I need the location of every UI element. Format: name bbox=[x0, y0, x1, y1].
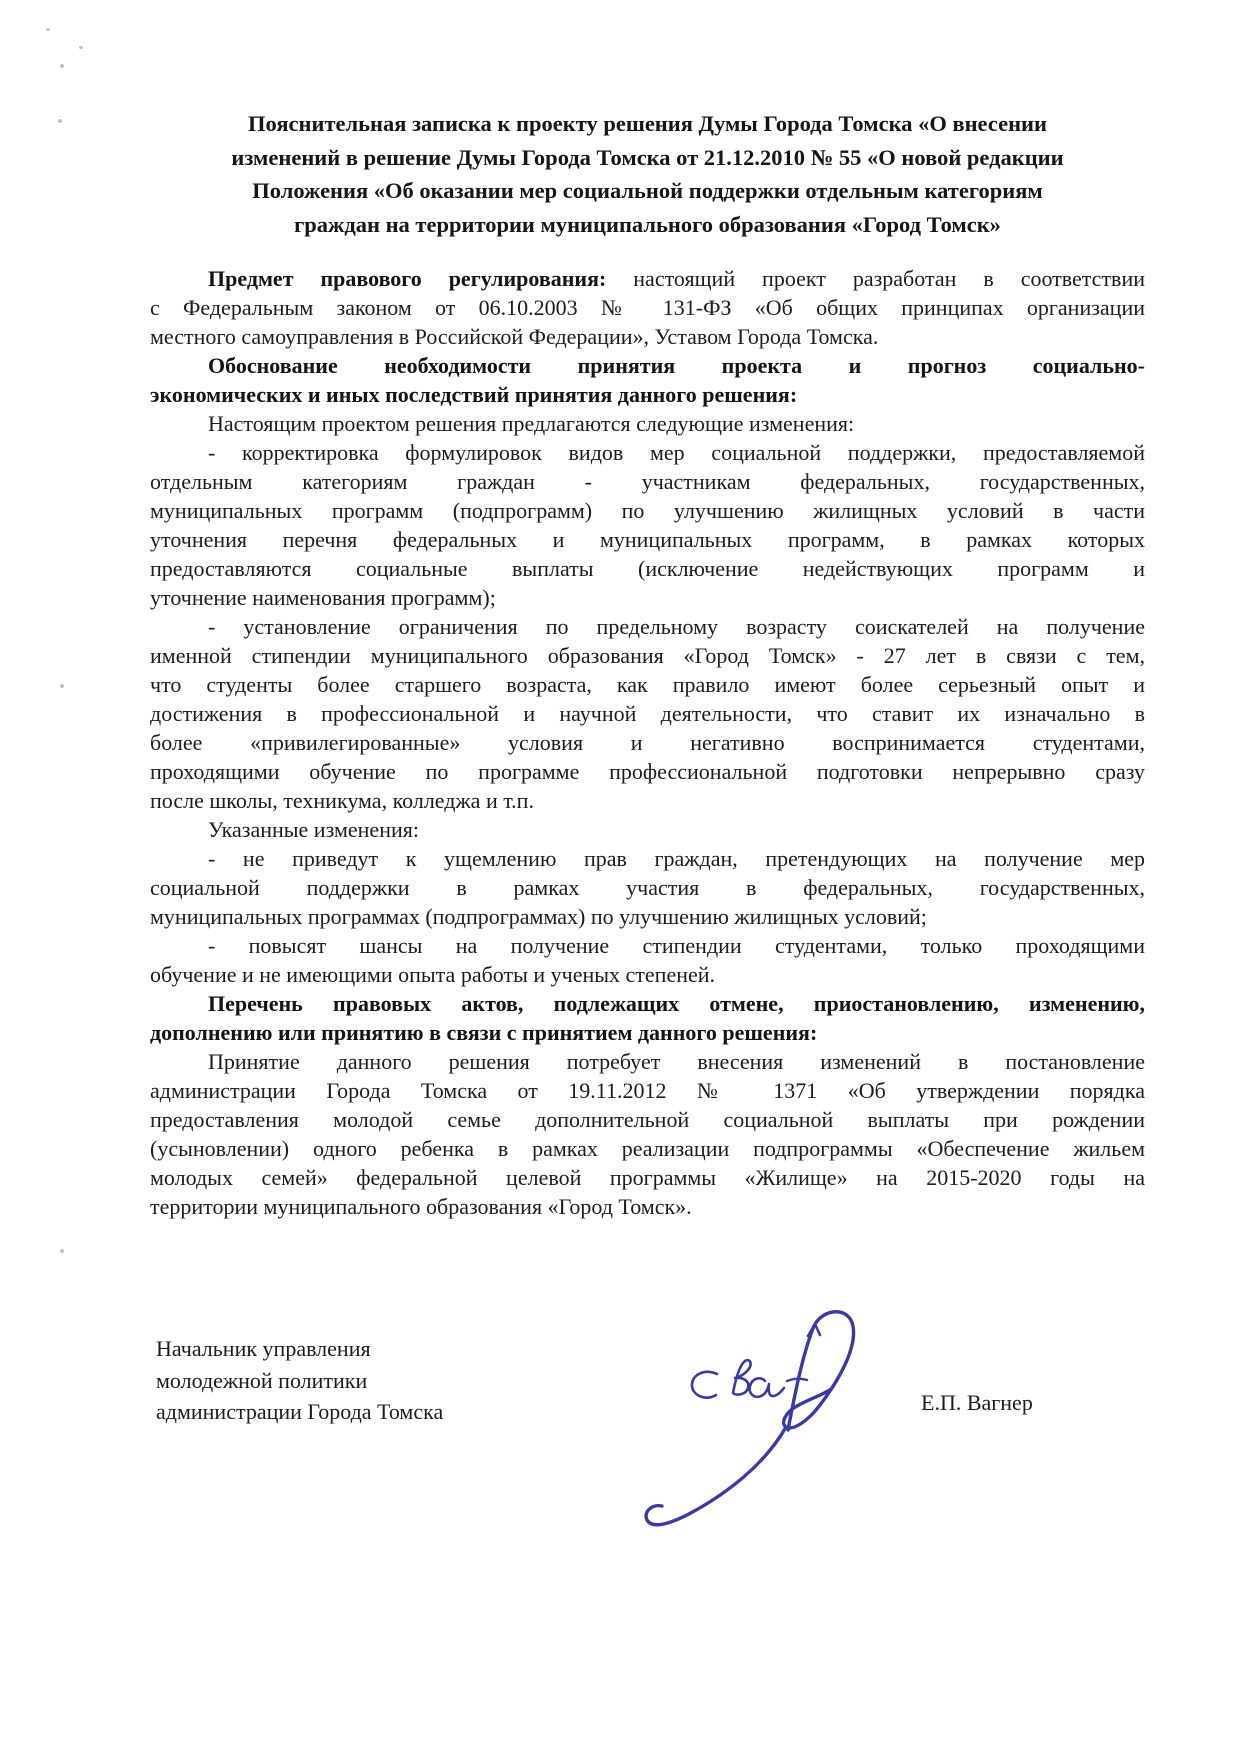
paragraph-line: Указанные изменения: bbox=[150, 815, 1145, 844]
text-run: Настоящим проектом решения предлагаются … bbox=[208, 411, 854, 436]
text-run: обучение и не имеющими опыта работы и уч… bbox=[150, 962, 715, 987]
paragraph-line: - повысят шансы на получение стипендии с… bbox=[150, 931, 1145, 960]
signoff-line: администрации Города Томска bbox=[156, 1396, 443, 1428]
text-run: именной стипендии муниципального образов… bbox=[150, 643, 1145, 668]
paragraph-line: достижения в профессиональной и научной … bbox=[150, 699, 1145, 728]
scan-speck bbox=[60, 1249, 64, 1253]
paragraph-line: Обоснование необходимости принятия проек… bbox=[150, 351, 1145, 380]
text-run: достижения в профессиональной и научной … bbox=[150, 701, 1145, 726]
text-run: территории муниципального образования «Г… bbox=[150, 1194, 692, 1219]
text-run: - установление ограничения по предельном… bbox=[208, 614, 1145, 639]
paragraph-line: Настоящим проектом решения предлагаются … bbox=[150, 409, 1145, 438]
text-run: уточнение наименования программ); bbox=[150, 585, 496, 610]
paragraph-line: экономических и иных последствий приняти… bbox=[150, 380, 1145, 409]
paragraph-line: социальной поддержки в рамках участия в … bbox=[150, 873, 1145, 902]
signer-name: Е.П. Вагнер bbox=[921, 1390, 1033, 1416]
paragraph-line: с Федеральным законом от 06.10.2003 № 13… bbox=[150, 293, 1145, 322]
paragraph-line: что студенты более старшего возраста, ка… bbox=[150, 670, 1145, 699]
signoff-line: Начальник управления bbox=[156, 1333, 443, 1365]
text-run: с Федеральным законом от 06.10.2003 № 13… bbox=[150, 295, 1145, 320]
paragraph-line: - корректировка формулировок видов мер с… bbox=[150, 438, 1145, 467]
title-line: Пояснительная записка к проекту решения … bbox=[150, 107, 1145, 141]
scan-speck bbox=[60, 64, 64, 68]
scan-speck bbox=[58, 119, 62, 123]
title-line: граждан на территории муниципального обр… bbox=[150, 208, 1145, 242]
text-run: проходящими обучение по программе профес… bbox=[150, 759, 1145, 784]
paragraph-line: местного самоуправления в Российской Фед… bbox=[150, 322, 1145, 351]
text-run: (усыновлении) одного ребенка в рамках ре… bbox=[150, 1136, 1145, 1161]
text-run: - корректировка формулировок видов мер с… bbox=[208, 440, 1145, 465]
paragraph-line: Перечень правовых актов, подлежащих отме… bbox=[150, 989, 1145, 1018]
paragraph-line: - не приведут к ущемлению прав граждан, … bbox=[150, 844, 1145, 873]
text-run: муниципальных программ (подпрограмм) по … bbox=[150, 498, 1145, 523]
document-title: Пояснительная записка к проекту решения … bbox=[150, 107, 1145, 241]
paragraph-line: администрации Города Томска от 19.11.201… bbox=[150, 1076, 1145, 1105]
paragraph-line: уточнение наименования программ); bbox=[150, 583, 1145, 612]
paragraph-line: Принятие данного решения потребует внесе… bbox=[150, 1047, 1145, 1076]
text-run: настоящий проект разработан в соответств… bbox=[606, 266, 1145, 291]
text-run: - не приведут к ущемлению прав граждан, … bbox=[208, 846, 1145, 871]
signoff-line: молодежной политики bbox=[156, 1365, 443, 1397]
signature-ink-icon bbox=[615, 1178, 880, 1548]
paragraph-line: более «привилегированные» условия и нега… bbox=[150, 728, 1145, 757]
paragraph-line: (усыновлении) одного ребенка в рамках ре… bbox=[150, 1134, 1145, 1163]
paragraph-line: именной стипендии муниципального образов… bbox=[150, 641, 1145, 670]
paragraph-line: после школы, техникума, колледжа и т.п. bbox=[150, 786, 1145, 815]
title-line: изменений в решение Думы Города Томска о… bbox=[150, 141, 1145, 175]
text-run: Указанные изменения: bbox=[208, 817, 419, 842]
paragraph-line: предоставляются социальные выплаты (искл… bbox=[150, 554, 1145, 583]
title-line: Положения «Об оказании мер социальной по… bbox=[150, 174, 1145, 208]
bold-text-run: Перечень правовых актов, подлежащих отме… bbox=[208, 991, 1145, 1016]
paragraph-line: - установление ограничения по предельном… bbox=[150, 612, 1145, 641]
text-run: отдельным категориям граждан - участника… bbox=[150, 469, 1145, 494]
text-run: муниципальных программах (подпрограммах)… bbox=[150, 904, 927, 929]
bold-text-run: дополнению или принятию в связи с принят… bbox=[150, 1020, 817, 1045]
text-run: предоставляются социальные выплаты (искл… bbox=[150, 556, 1145, 581]
scan-speck bbox=[60, 684, 64, 688]
scan-speck bbox=[79, 46, 83, 49]
text-run: - повысят шансы на получение стипендии с… bbox=[208, 933, 1145, 958]
text-run: администрации Города Томска от 19.11.201… bbox=[150, 1078, 1145, 1103]
paragraph-line: Предмет правового регулирования: настоящ… bbox=[150, 264, 1145, 293]
text-run: социальной поддержки в рамках участия в … bbox=[150, 875, 1145, 900]
scan-speck bbox=[46, 28, 50, 31]
bold-text-run: экономических и иных последствий приняти… bbox=[150, 382, 797, 407]
text-run: предоставления молодой семье дополнитель… bbox=[150, 1107, 1145, 1132]
document-body: Предмет правового регулирования: настоящ… bbox=[150, 264, 1145, 1221]
paragraph-line: отдельным категориям граждан - участника… bbox=[150, 467, 1145, 496]
text-run: Принятие данного решения потребует внесе… bbox=[208, 1049, 1145, 1074]
text-run: местного самоуправления в Российской Фед… bbox=[150, 324, 878, 349]
signoff-block: Начальник управления молодежной политики… bbox=[156, 1333, 443, 1428]
paragraph-line: уточнения перечня федеральных и муниципа… bbox=[150, 525, 1145, 554]
text-run: после школы, техникума, колледжа и т.п. bbox=[150, 788, 534, 813]
paragraph-line: обучение и не имеющими опыта работы и уч… bbox=[150, 960, 1145, 989]
text-run: что студенты более старшего возраста, ка… bbox=[150, 672, 1145, 697]
paragraph-line: проходящими обучение по программе профес… bbox=[150, 757, 1145, 786]
bold-text-run: Предмет правового регулирования: bbox=[208, 266, 606, 291]
paragraph-line: муниципальных программах (подпрограммах)… bbox=[150, 902, 1145, 931]
text-run: уточнения перечня федеральных и муниципа… bbox=[150, 527, 1145, 552]
paragraph-line: дополнению или принятию в связи с принят… bbox=[150, 1018, 1145, 1047]
text-run: более «привилегированные» условия и нега… bbox=[150, 730, 1145, 755]
bold-text-run: Обоснование необходимости принятия проек… bbox=[208, 353, 1145, 378]
paragraph-line: предоставления молодой семье дополнитель… bbox=[150, 1105, 1145, 1134]
paragraph-line: муниципальных программ (подпрограмм) по … bbox=[150, 496, 1145, 525]
document-page: Пояснительная записка к проекту решения … bbox=[0, 0, 1240, 1753]
